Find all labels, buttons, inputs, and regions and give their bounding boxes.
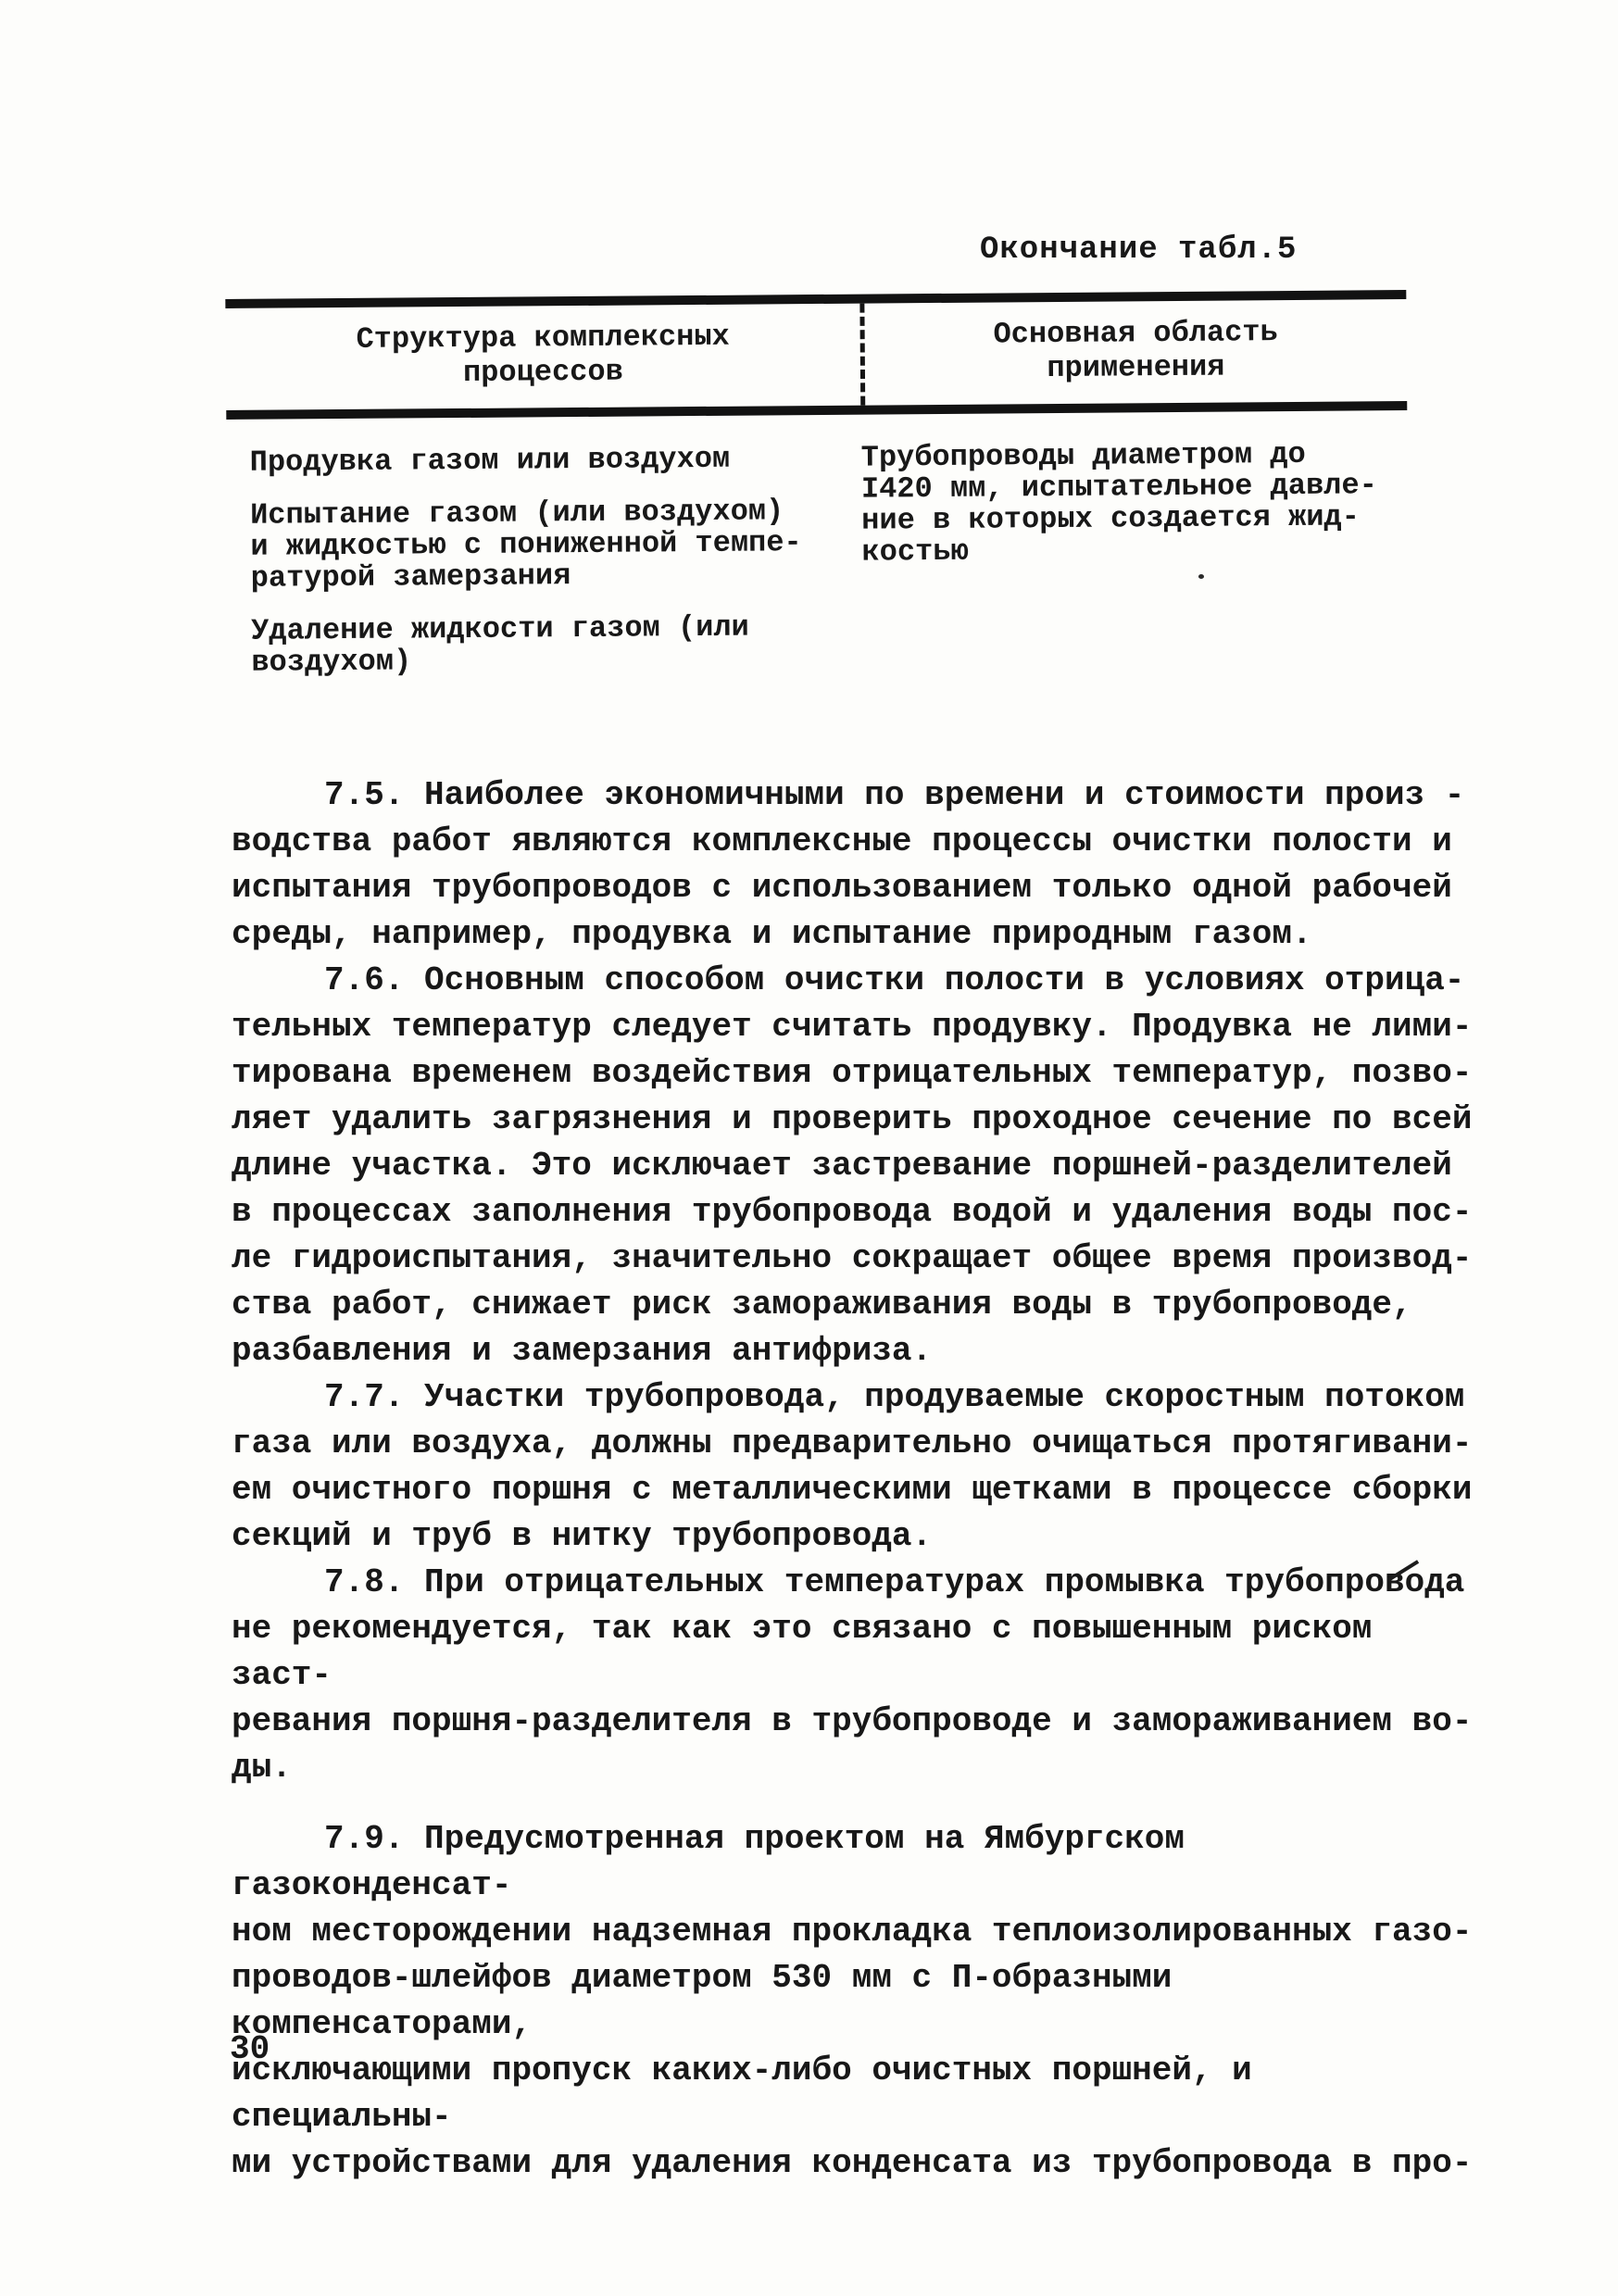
table-cell-application: Трубопроводы диаметром до I420 мм, испыт…	[861, 438, 1410, 696]
scan-artifact-dot	[1198, 574, 1204, 579]
table-header-structure-column: Структура комплексных процессов	[225, 304, 860, 410]
paragraph-7-5: 7.5. Наиболее экономичными по времени и …	[232, 772, 1480, 958]
table-item-application-pipelines: Трубопроводы диаметром до I420 мм, испыт…	[861, 438, 1409, 569]
table-continuation-note: Окончание табл.5	[980, 232, 1297, 269]
paragraph-7-6: 7.6. Основным способом очистки полости в…	[232, 958, 1480, 1374]
scanned-document-page: Окончание табл.5 Структура комплексных п…	[0, 0, 1618, 2296]
table-header-application-column: Основная область применения	[859, 299, 1407, 406]
main-text-block: 7.5. Наиболее экономичными по времени и …	[232, 772, 1480, 2187]
table-body-row: Продувка газом или воздухом Испытание га…	[226, 410, 1409, 700]
table-item-testing: Испытание газом (или воздухом) и жидкост…	[250, 496, 834, 595]
paragraph-7-8: 7.8. При отрицательных температурах пром…	[232, 1560, 1480, 1791]
table-item-liquid-removal: Удаление жидкости газом (или воздухом)	[251, 611, 835, 679]
page-number: 30	[230, 2030, 270, 2068]
paragraph-7-9: 7.9. Предусмотренная проектом на Ямбургс…	[232, 1816, 1480, 2187]
paragraph-7-7: 7.7. Участки трубопровода, продуваемые с…	[232, 1374, 1480, 1560]
table-cell-structure: Продувка газом или воздухом Испытание га…	[227, 443, 863, 700]
table-header-row: Структура комплексных процессов Основная…	[225, 290, 1407, 420]
table-item-blowing: Продувка газом или воздухом	[250, 443, 834, 479]
table-5: Структура комплексных процессов Основная…	[225, 290, 1409, 700]
